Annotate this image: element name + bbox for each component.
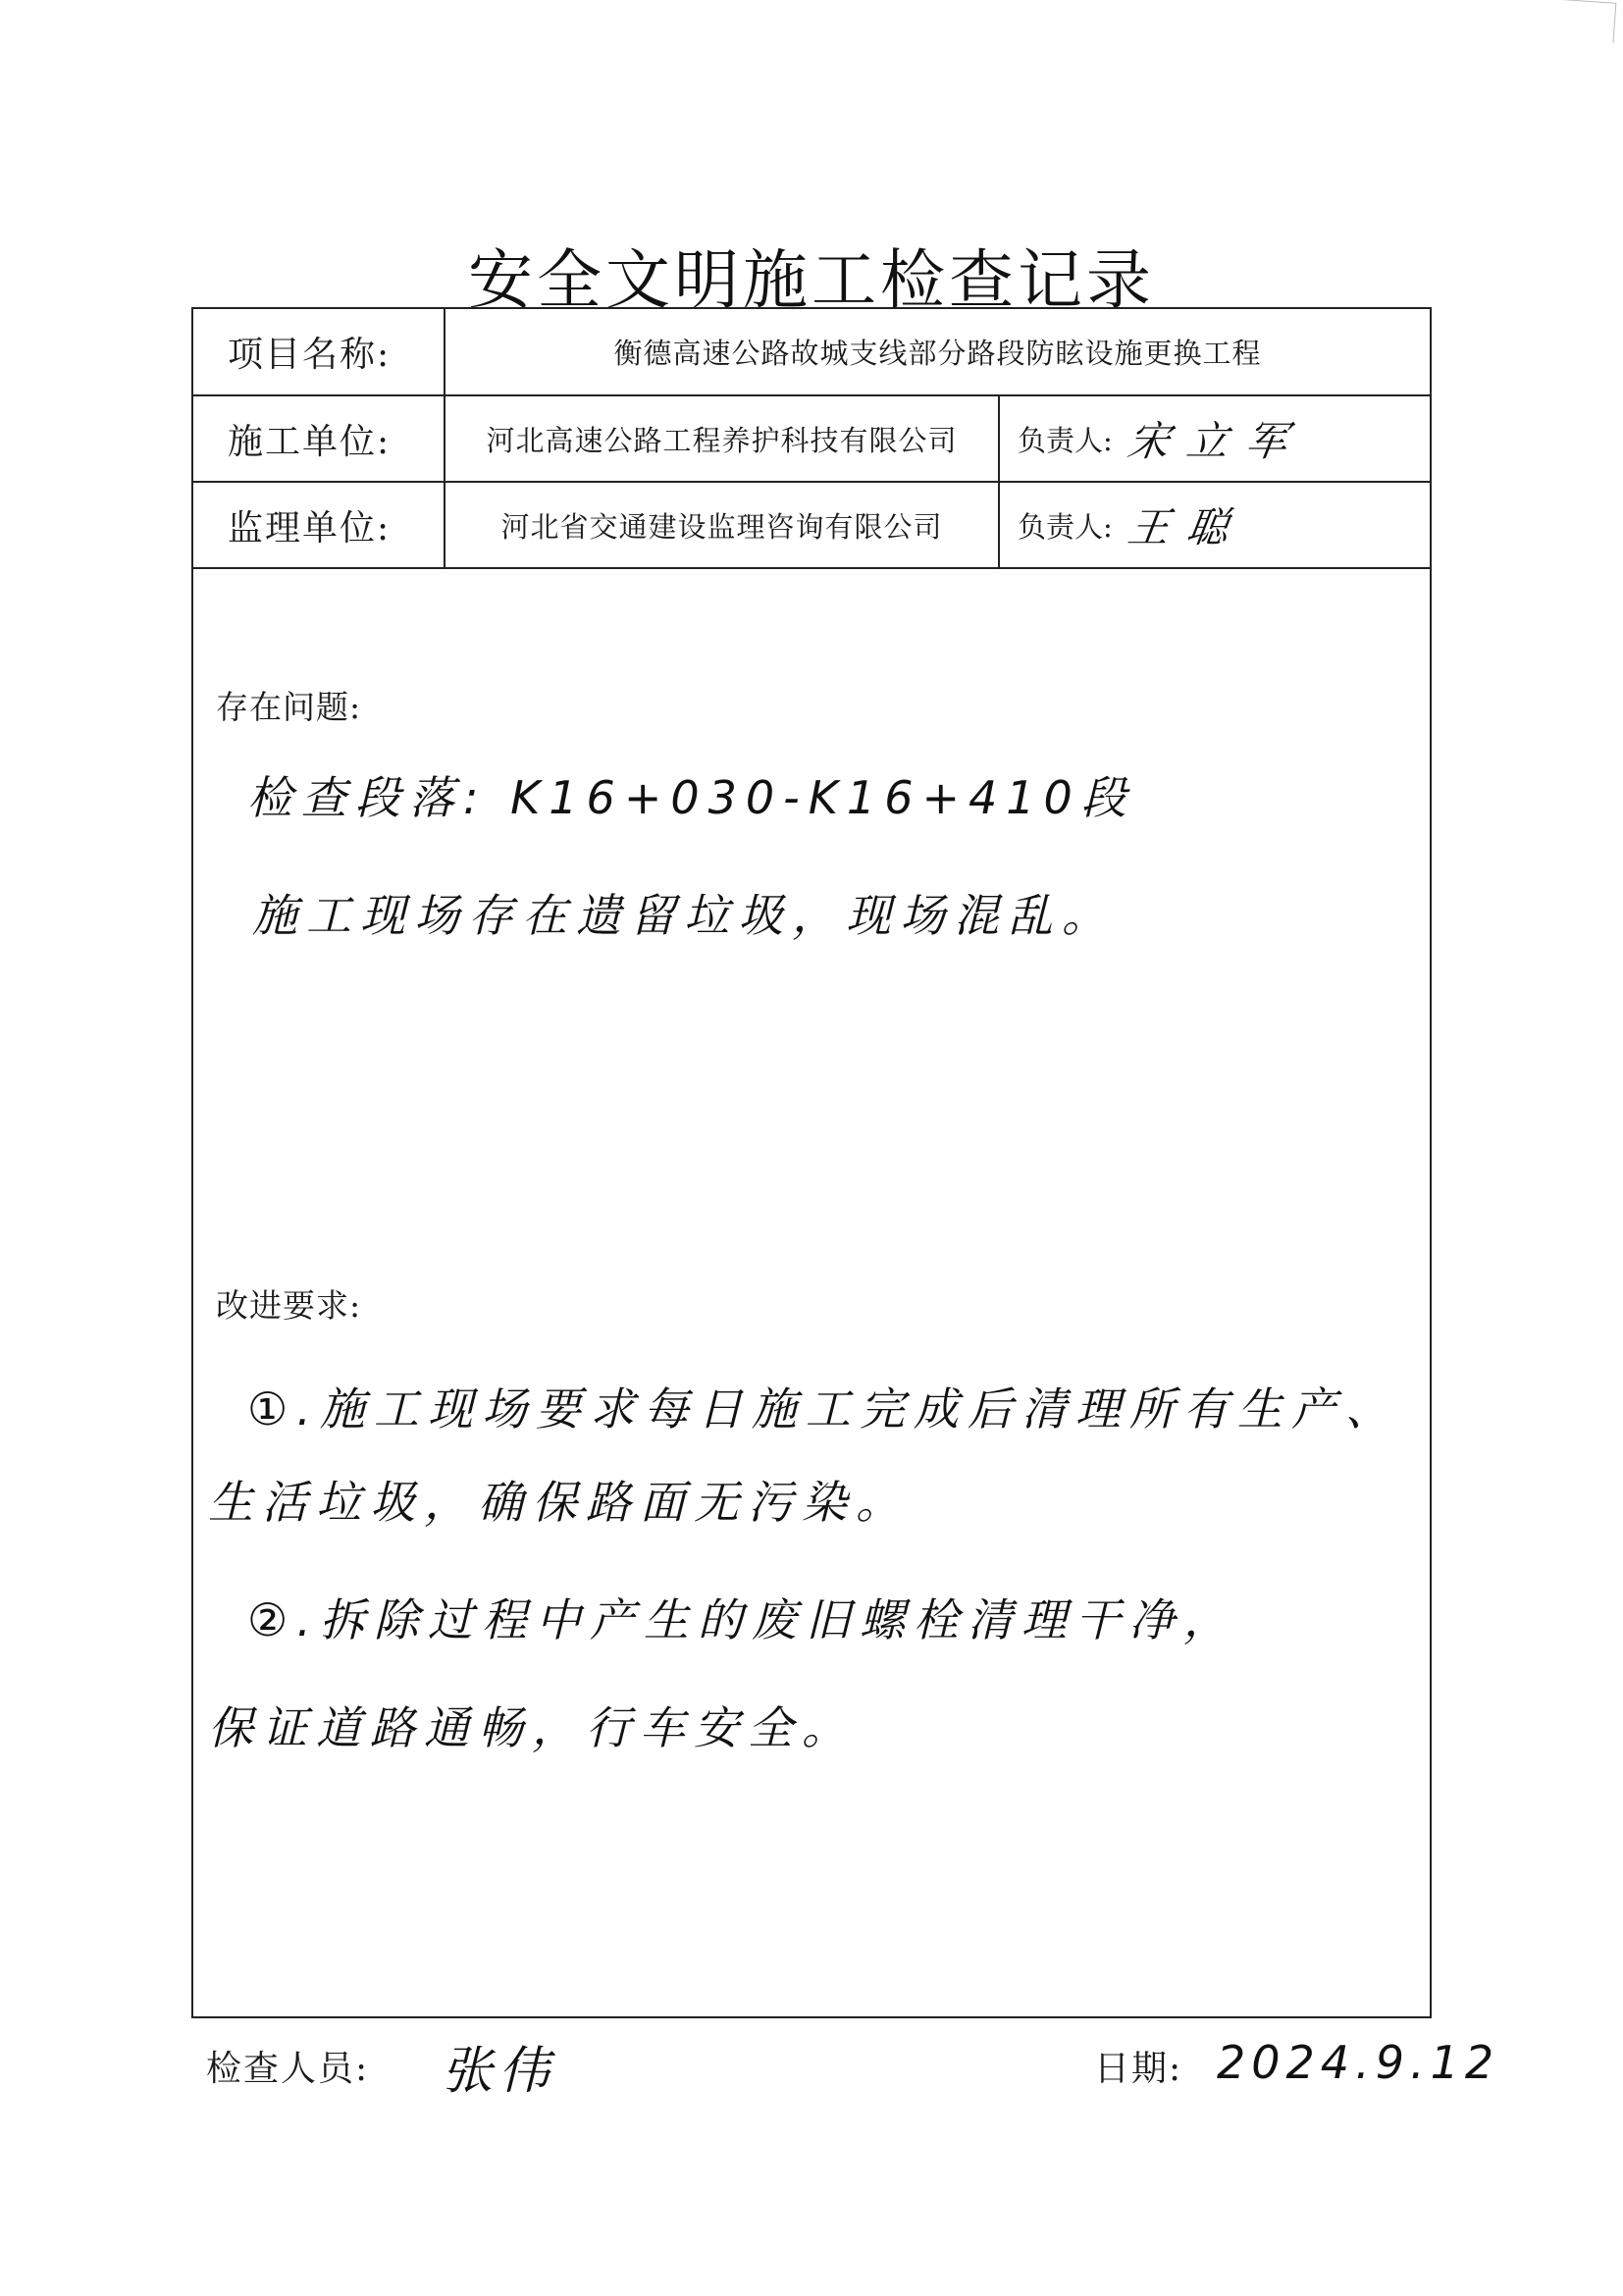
inspector-label: 检查人员: (206, 2041, 369, 2091)
inspector-signature: 张伟 (442, 2029, 555, 2103)
row-construction-unit: 施工单位: 河北高速公路工程养护科技有限公司 负责人: 宋立军 (193, 396, 1430, 483)
supervision-responsible: 负责人: 王聪 (1000, 483, 1430, 567)
supervision-responsible-label: 负责人: (1018, 505, 1113, 546)
scan-corner-mark (1535, 0, 1617, 43)
project-name-label: 项目名称: (193, 309, 445, 394)
supervision-unit-label: 监理单位: (193, 483, 445, 567)
inspection-form: 项目名称: 衡德高速公路故城支线部分路段防眩设施更换工程 施工单位: 河北高速公… (191, 307, 1432, 2018)
improvements-line-3: ②.拆除过程中产生的废旧螺栓清理干净， (247, 1585, 1237, 1649)
construction-unit-value: 河北高速公路工程养护科技有限公司 (445, 396, 1000, 481)
row-supervision-unit: 监理单位: 河北省交通建设监理咨询有限公司 负责人: 王聪 (193, 483, 1430, 569)
issues-line-2: 施工现场存在遗留垃圾，现场混乱。 (252, 880, 1116, 945)
supervision-unit-value: 河北省交通建设监理咨询有限公司 (445, 483, 1000, 567)
issues-line-1: 检查段落: K16+030-K16+410段 (247, 762, 1135, 827)
improvements-line-1: ①.施工现场要求每日施工完成后清理所有生产、 (247, 1374, 1399, 1438)
improvements-line-2: 生活垃圾，确保路面无污染。 (208, 1467, 910, 1532)
date-value: 2024.9.12 (1217, 2036, 1499, 2089)
project-name-value: 衡德高速公路故城支线部分路段防眩设施更换工程 (445, 309, 1430, 394)
issues-label: 存在问题: (216, 682, 361, 728)
construction-responsible: 负责人: 宋立军 (1000, 396, 1430, 481)
construction-responsible-signature: 宋立军 (1125, 409, 1309, 468)
construction-responsible-label: 负责人: (1018, 419, 1113, 459)
row-project-name: 项目名称: 衡德高速公路故城支线部分路段防眩设施更换工程 (193, 309, 1430, 396)
improvements-line-4: 保证道路通畅，行车安全。 (208, 1693, 856, 1757)
supervision-responsible-signature: 王聪 (1125, 496, 1250, 554)
construction-unit-label: 施工单位: (193, 396, 445, 481)
improvements-label: 改进要求: (216, 1280, 361, 1327)
date-label: 日期: (1094, 2041, 1182, 2091)
